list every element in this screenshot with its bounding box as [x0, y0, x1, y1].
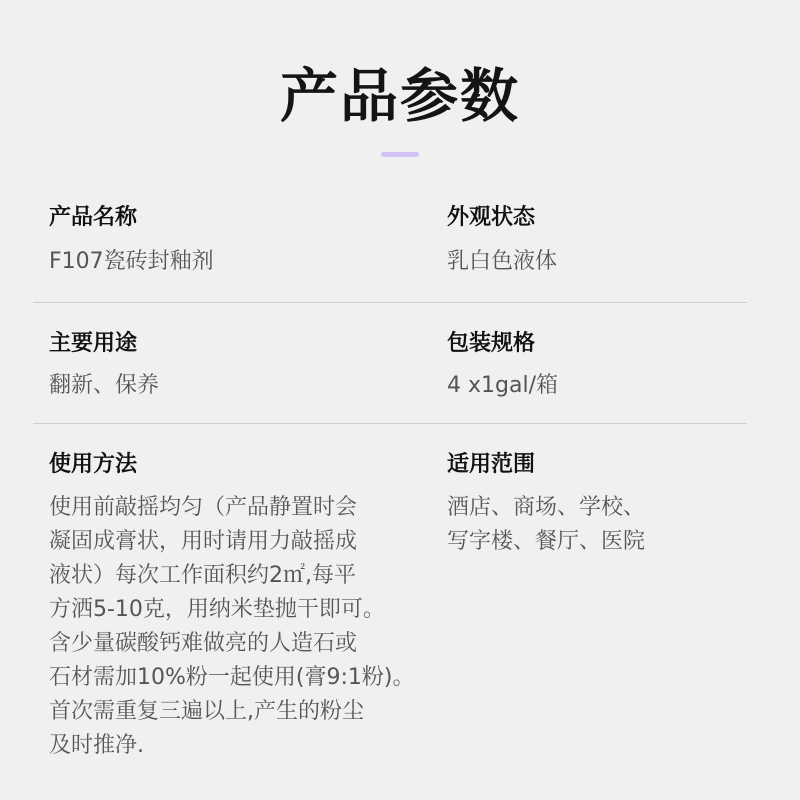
- param-usage: 主要用途 翻新、保养: [49, 329, 159, 403]
- row-divider: [33, 302, 747, 303]
- param-value: 翻新、保养: [49, 369, 159, 403]
- param-label: 主要用途: [49, 329, 159, 359]
- param-appearance: 外观状态 乳白色液体: [447, 203, 557, 279]
- param-value: 4 x1gal/箱: [447, 369, 558, 403]
- param-value: 酒店、商场、学校、 写字楼、餐厅、医院: [447, 491, 645, 559]
- param-value: 使用前敲摇均匀（产品静置时会 凝固成膏状，用时请用力敲摇成 液状）每次工作面积约…: [49, 491, 414, 763]
- param-label: 适用范围: [447, 450, 645, 480]
- title-accent-bar: [381, 152, 419, 157]
- param-label: 使用方法: [49, 450, 414, 480]
- page-title: 产品参数: [0, 58, 800, 134]
- param-value: F107瓷砖封釉剂: [49, 245, 214, 279]
- param-scope: 适用范围 酒店、商场、学校、 写字楼、餐厅、医院: [447, 450, 645, 559]
- row-divider: [33, 423, 747, 424]
- param-packaging: 包装规格 4 x1gal/箱: [447, 329, 558, 403]
- param-product-name: 产品名称 F107瓷砖封釉剂: [49, 203, 214, 279]
- param-label: 外观状态: [447, 203, 557, 233]
- param-value: 乳白色液体: [447, 245, 557, 279]
- param-method: 使用方法 使用前敲摇均匀（产品静置时会 凝固成膏状，用时请用力敲摇成 液状）每次…: [49, 450, 414, 763]
- param-label: 产品名称: [49, 203, 214, 233]
- param-label: 包装规格: [447, 329, 558, 359]
